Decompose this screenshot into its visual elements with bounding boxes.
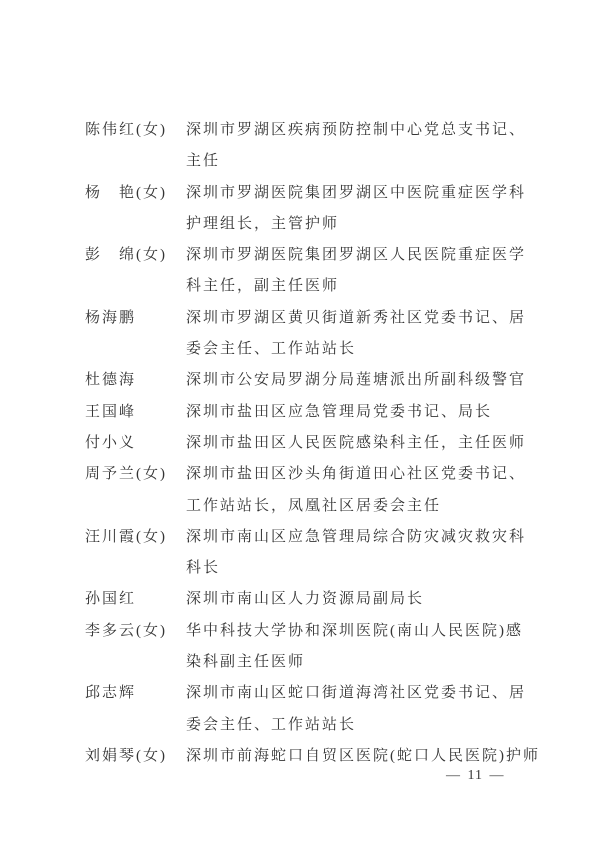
person-name: 杨海鹏 [85,303,186,334]
roster-entry: 孙国红深圳市南山区人力资源局副局长 [0,584,536,615]
title-line: 深圳市南山区应急管理局综合防灾减灾救灾科 [186,522,536,553]
person-title: 深圳市盐田区人民医院感染科主任，主任医师 [186,428,536,459]
title-line: 深圳市盐田区应急管理局党委书记、局长 [186,397,536,428]
title-line: 科长 [186,553,536,584]
title-line: 深圳市公安局罗湖分局莲塘派出所副科级警官 [186,365,536,396]
title-line: 科主任，副主任医师 [186,271,536,302]
person-name: 陈伟红(女) [85,115,186,146]
roster-entry: 付小义深圳市盐田区人民医院感染科主任，主任医师 [0,428,536,459]
person-name: 杨 艳(女) [85,178,186,209]
roster-entry: 杨 艳(女)深圳市罗湖医院集团罗湖区中医院重症医学科护理组长，主管护师 [0,178,536,241]
roster-entry: 李多云(女)华中科技大学协和深圳医院(南山人民医院)感染科副主任医师 [0,616,536,679]
person-name: 李多云(女) [85,616,186,647]
title-line: 深圳市罗湖区疾病预防控制中心党总支书记、 [186,115,536,146]
person-name: 王国峰 [85,397,186,428]
title-line: 染科副主任医师 [186,647,536,678]
person-name: 周予兰(女) [85,459,186,490]
title-line: 深圳市罗湖区黄贝街道新秀社区党委书记、居 [186,303,536,334]
award-roster-list: 陈伟红(女)深圳市罗湖区疾病预防控制中心党总支书记、主任杨 艳(女)深圳市罗湖医… [0,115,536,772]
person-title: 深圳市盐田区应急管理局党委书记、局长 [186,397,536,428]
person-title: 华中科技大学协和深圳医院(南山人民医院)感染科副主任医师 [186,616,536,679]
title-line: 深圳市南山区人力资源局副局长 [186,584,536,615]
person-title: 深圳市罗湖医院集团罗湖区中医院重症医学科护理组长，主管护师 [186,178,536,241]
person-title: 深圳市南山区应急管理局综合防灾减灾救灾科科长 [186,522,536,585]
person-name: 汪川霞(女) [85,522,186,553]
person-title: 深圳市罗湖区疾病预防控制中心党总支书记、主任 [186,115,536,178]
roster-entry: 陈伟红(女)深圳市罗湖区疾病预防控制中心党总支书记、主任 [0,115,536,178]
roster-entry: 邱志辉深圳市南山区蛇口街道海湾社区党委书记、居委会主任、工作站站长 [0,678,536,741]
document-page: 陈伟红(女)深圳市罗湖区疾病预防控制中心党总支书记、主任杨 艳(女)深圳市罗湖医… [0,0,612,859]
roster-entry: 王国峰深圳市盐田区应急管理局党委书记、局长 [0,397,536,428]
roster-entry: 彭 绵(女)深圳市罗湖医院集团罗湖区人民医院重症医学科主任，副主任医师 [0,240,536,303]
person-title: 深圳市罗湖区黄贝街道新秀社区党委书记、居委会主任、工作站站长 [186,303,536,366]
title-line: 护理组长，主管护师 [186,209,536,240]
title-line: 深圳市盐田区沙头角街道田心社区党委书记、 [186,459,536,490]
roster-entry: 汪川霞(女)深圳市南山区应急管理局综合防灾减灾救灾科科长 [0,522,536,585]
title-line: 深圳市罗湖医院集团罗湖区中医院重症医学科 [186,178,536,209]
roster-entry: 周予兰(女)深圳市盐田区沙头角街道田心社区党委书记、工作站站长，凤凰社区居委会主… [0,459,536,522]
title-line: 深圳市罗湖医院集团罗湖区人民医院重症医学 [186,240,536,271]
title-line: 主任 [186,146,536,177]
title-line: 华中科技大学协和深圳医院(南山人民医院)感 [186,616,536,647]
person-name: 杜德海 [85,365,186,396]
person-title: 深圳市盐田区沙头角街道田心社区党委书记、工作站站长，凤凰社区居委会主任 [186,459,536,522]
title-line: 委会主任、工作站站长 [186,334,536,365]
title-line: 工作站站长，凤凰社区居委会主任 [186,491,536,522]
person-name: 彭 绵(女) [85,240,186,271]
person-title: 深圳市公安局罗湖分局莲塘派出所副科级警官 [186,365,536,396]
page-number: — 11 — [446,768,504,784]
person-name: 刘娟琴(女) [85,741,186,772]
title-line: 深圳市南山区蛇口街道海湾社区党委书记、居 [186,678,536,709]
person-name: 付小义 [85,428,186,459]
person-title: 深圳市南山区人力资源局副局长 [186,584,536,615]
person-title: 深圳市罗湖医院集团罗湖区人民医院重症医学科主任，副主任医师 [186,240,536,303]
roster-entry: 杜德海深圳市公安局罗湖分局莲塘派出所副科级警官 [0,365,536,396]
person-name: 邱志辉 [85,678,186,709]
person-name: 孙国红 [85,584,186,615]
person-title: 深圳市南山区蛇口街道海湾社区党委书记、居委会主任、工作站站长 [186,678,536,741]
roster-entry: 杨海鹏深圳市罗湖区黄贝街道新秀社区党委书记、居委会主任、工作站站长 [0,303,536,366]
title-line: 委会主任、工作站站长 [186,710,536,741]
title-line: 深圳市盐田区人民医院感染科主任，主任医师 [186,428,536,459]
